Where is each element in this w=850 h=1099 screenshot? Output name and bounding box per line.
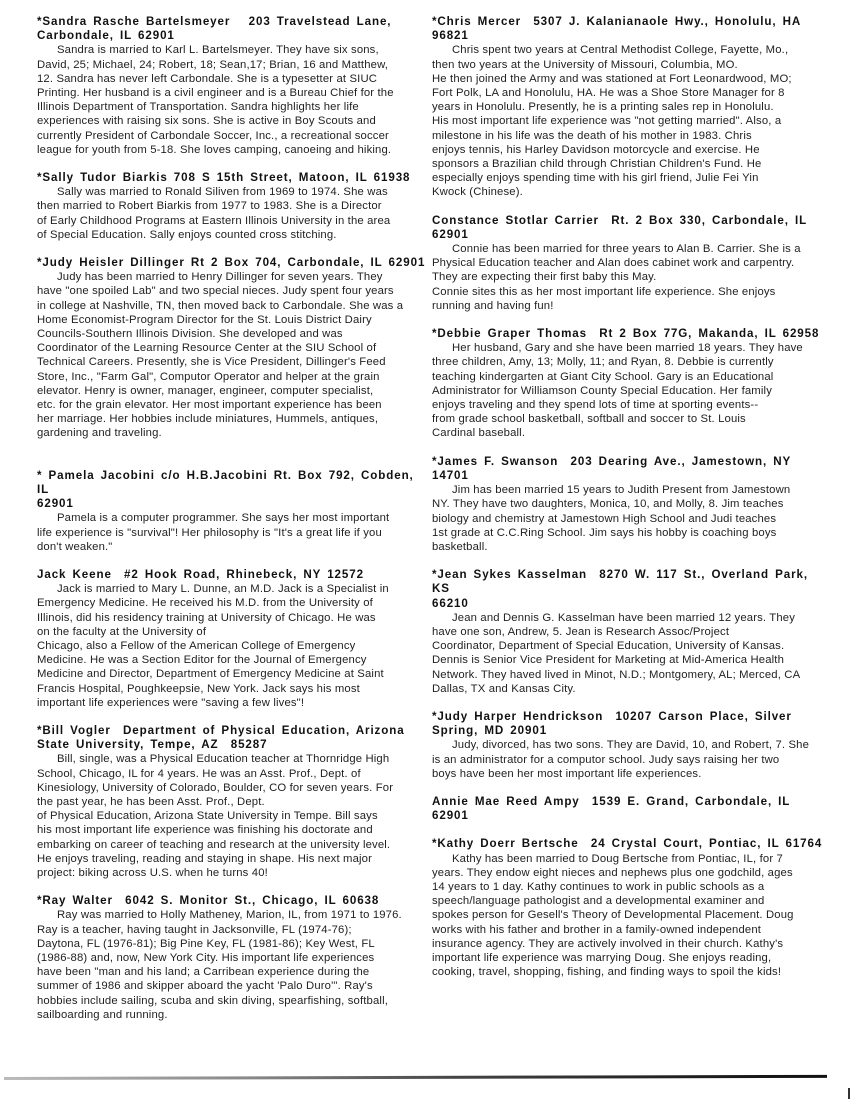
entry-text-line: Councils-Southern Illinois Division. She… [37, 327, 427, 341]
entry-text-line: cooking, travel, shopping, fishing, and … [432, 965, 827, 979]
entry-text-line: have "one spoiled Lab" and two special n… [37, 284, 427, 298]
entry-text-line: sponsors a Brazilian child through Chris… [432, 157, 827, 171]
entry-heading: *Ray Walter 6042 S. Monitor St., Chicago… [37, 894, 427, 908]
entry-text-line: Bill, single, was a Physical Education t… [37, 752, 427, 766]
entry-text-line: currently President of Carbondale Soccer… [37, 129, 427, 143]
alumni-entry: *Ray Walter 6042 S. Monitor St., Chicago… [37, 894, 427, 1022]
entry-text-line: Illinois Department of Transportation. S… [37, 100, 427, 114]
entry-text-line: basketball. [432, 540, 827, 554]
right-column: *Chris Mercer 5307 J. Kalanianaole Hwy.,… [432, 15, 827, 993]
entry-text-line: boys have been her most important life e… [432, 767, 827, 781]
entry-text-line: enjoys tennis, his Harley Davidson motor… [432, 143, 827, 157]
entry-text-line: Connie has been married for three years … [432, 242, 827, 256]
entry-heading: *Sandra Rasche Bartelsmeyer 203 Travelst… [37, 15, 427, 29]
alumni-entry: *Judy Harper Hendrickson 10207 Carson Pl… [432, 710, 827, 781]
entry-text-line: Sally was married to Ronald Siliven from… [37, 185, 427, 199]
entry-text-line: Emergency Medicine. He received his M.D.… [37, 596, 427, 610]
entry-heading: *Debbie Graper Thomas Rt 2 Box 77G, Maka… [432, 327, 827, 341]
entry-heading: 96821 [432, 29, 827, 43]
entry-text-line: spokes person for Gesell's Theory of Dev… [432, 908, 827, 922]
entry-text-line: Connie sites this as her most important … [432, 285, 827, 299]
entry-text-line: gardening and traveling. [37, 426, 427, 440]
entry-text-line: milestone in his life was the death of h… [432, 129, 827, 143]
entry-text-line: running and having fun! [432, 299, 827, 313]
bottom-rule [4, 1075, 827, 1080]
entry-text-line: three children, Amy, 13; Molly, 11; and … [432, 355, 827, 369]
entry-text-line: years. They endow eight nieces and nephe… [432, 866, 827, 880]
entry-text-line: (1986-88) and, now, New York City. His i… [37, 951, 427, 965]
entry-text-line: especially enjoys spending time with his… [432, 171, 827, 185]
entry-text-line: important life experiences were "saving … [37, 696, 427, 710]
entry-text-line: Judy has been married to Henry Dillinger… [37, 270, 427, 284]
entry-heading: *James F. Swanson 203 Dearing Ave., Jame… [432, 455, 827, 483]
entry-heading: *Chris Mercer 5307 J. Kalanianaole Hwy.,… [432, 15, 827, 29]
entry-text-line: hobbies include sailing, scuba and skin … [37, 994, 427, 1008]
entry-text-line: Fort Polk, LA and Honolulu, HA. He was a… [432, 86, 827, 100]
entry-text-line: Ray is a teacher, having taught in Jacks… [37, 923, 427, 937]
entry-text-line: is an administrator for a computor schoo… [432, 753, 827, 767]
entry-text-line: Physical Education teacher and Alan does… [432, 256, 827, 270]
entry-text-line: biology and chemistry at Jamestown High … [432, 512, 827, 526]
entry-text-line: elevator. Henry is owner, manager, engin… [37, 384, 427, 398]
entry-text-line: speech/language pathologist and a develo… [432, 894, 827, 908]
entry-text-line: don't weaken." [37, 540, 427, 554]
entry-text-line: Coordinator, Department of Special Educa… [432, 639, 827, 653]
entry-text-line: Administrator for Williamson County Spec… [432, 384, 827, 398]
entry-text-line: insurance agency. They are actively invo… [432, 937, 827, 951]
entry-text-line: Home Economist-Program Director for the … [37, 313, 427, 327]
alumni-entry: Annie Mae Reed Ampy 1539 E. Grand, Carbo… [432, 795, 827, 823]
entry-heading: Spring, MD 20901 [432, 724, 827, 738]
entry-heading: 66210 [432, 597, 827, 611]
alumni-entry: Jack Keene #2 Hook Road, Rhinebeck, NY 1… [37, 568, 427, 710]
entry-text-line: Medicine and Director, Department of Eme… [37, 667, 427, 681]
entry-text-line: experiences with raising six sons. She i… [37, 114, 427, 128]
entry-text-line: Francis Hospital, Poughkeepsie, New York… [37, 682, 427, 696]
entry-text-line: Printing. Her husband is a civil enginee… [37, 86, 427, 100]
entry-heading: Annie Mae Reed Ampy 1539 E. Grand, Carbo… [432, 795, 827, 823]
entry-heading: *Jean Sykes Kasselman 8270 W. 117 St., O… [432, 568, 827, 596]
entry-text-line: works with his father and brother in a f… [432, 923, 827, 937]
entry-heading: *Judy Heisler Dillinger Rt 2 Box 704, Ca… [37, 256, 427, 270]
entry-text-line: her marriage. Her hobbies include miniat… [37, 412, 427, 426]
entry-text-line: life experience is "survival"! Her philo… [37, 526, 427, 540]
entry-text-line: 12. Sandra has never left Carbondale. Sh… [37, 72, 427, 86]
entry-text-line: Dallas, TX and Kansas City. [432, 682, 827, 696]
entry-text-line: Sandra is married to Karl L. Bartelsmeye… [37, 43, 427, 57]
entry-text-line: Her husband, Gary and she have been marr… [432, 341, 827, 355]
alumni-entry: *Sally Tudor Biarkis 708 S 15th Street, … [37, 171, 427, 242]
entry-text-line: Chicago, also a Fellow of the American C… [37, 639, 427, 653]
alumni-entry: Constance Stotlar Carrier Rt. 2 Box 330,… [432, 214, 827, 313]
entry-text-line: Daytona, FL (1976-81); Big Pine Key, FL … [37, 937, 427, 951]
entry-text-line: league for youth from 5-18. She loves ca… [37, 143, 427, 157]
entry-text-line: Judy, divorced, has two sons. They are D… [432, 738, 827, 752]
entry-text-line: of Physical Education, Arizona State Uni… [37, 809, 427, 823]
entry-text-line: from grade school basketball, softball a… [432, 412, 827, 426]
entry-text-line: Medicine. He was a Section Editor for th… [37, 653, 427, 667]
entry-text-line: Jim has been married 15 years to Judith … [432, 483, 827, 497]
left-column: *Sandra Rasche Bartelsmeyer 203 Travelst… [37, 15, 427, 1036]
entry-heading: State University, Tempe, AZ 85287 [37, 738, 427, 752]
entry-heading: *Sally Tudor Biarkis 708 S 15th Street, … [37, 171, 427, 185]
entry-text-line: sailboarding and running. [37, 1008, 427, 1022]
entry-text-line: Dennis is Senior Vice President for Mark… [432, 653, 827, 667]
entry-text-line: Kathy has been married to Doug Bertsche … [432, 852, 827, 866]
alumni-entry: *Bill Vogler Department of Physical Educ… [37, 724, 427, 880]
entry-text-line: of Special Education. Sally enjoys count… [37, 228, 427, 242]
alumni-entry: *Jean Sykes Kasselman 8270 W. 117 St., O… [432, 568, 827, 696]
entry-text-line: teaching kindergarten at Giant City Scho… [432, 370, 827, 384]
entry-heading: * Pamela Jacobini c/o H.B.Jacobini Rt. B… [37, 469, 427, 497]
entry-heading: Constance Stotlar Carrier Rt. 2 Box 330,… [432, 214, 827, 228]
entry-text-line: His most important life experience was "… [432, 114, 827, 128]
entry-text-line: Jack is married to Mary L. Dunne, an M.D… [37, 582, 427, 596]
entry-text-line: embarking on career of teaching and rese… [37, 838, 427, 852]
entry-text-line: etc. for the grain elevator. Her most im… [37, 398, 427, 412]
entry-text-line: 1st grade at C.C.Ring School. Jim says h… [432, 526, 827, 540]
entry-text-line: his most important life experience was f… [37, 823, 427, 837]
entry-text-line: NY. They have two daughters, Monica, 10,… [432, 497, 827, 511]
entry-text-line: They are expecting their first baby this… [432, 270, 827, 284]
entry-heading: 62901 [432, 228, 827, 242]
entry-text-line: Coordinator of the Learning Resource Cen… [37, 341, 427, 355]
alumni-entry: *Chris Mercer 5307 J. Kalanianaole Hwy.,… [432, 15, 827, 200]
entry-text-line: He then joined the Army and was statione… [432, 72, 827, 86]
entry-text-line: Jean and Dennis G. Kasselman have been m… [432, 611, 827, 625]
entry-text-line: have been "man and his land; a Carribean… [37, 965, 427, 979]
entry-text-line: in college at Nashville, TN, then moved … [37, 299, 427, 313]
entry-text-line: of Early Childhood Programs at Eastern I… [37, 214, 427, 228]
entry-heading: *Judy Harper Hendrickson 10207 Carson Pl… [432, 710, 827, 724]
entry-text-line: He enjoys traveling, reading and staying… [37, 852, 427, 866]
entry-text-line: Kwock (Chinese). [432, 185, 827, 199]
entry-text-line: Illinois, did his residency training at … [37, 611, 427, 625]
entry-heading: Carbondale, IL 62901 [37, 29, 427, 43]
entry-heading: 62901 [37, 497, 427, 511]
entry-text-line: Chris spent two years at Central Methodi… [432, 43, 827, 57]
entry-text-line: School, Chicago, IL for 4 years. He was … [37, 767, 427, 781]
entry-text-line: project: biking across U.S. when he turn… [37, 866, 427, 880]
alumni-entry: *Debbie Graper Thomas Rt 2 Box 77G, Maka… [432, 327, 827, 441]
entry-text-line: enjoys traveling and they spend lots of … [432, 398, 827, 412]
entry-text-line: then two years at the University of Miss… [432, 58, 827, 72]
entry-text-line: summer of 1986 and skipper aboard the ya… [37, 979, 427, 993]
entry-text-line: Network. They haved lived in Minot, N.D.… [432, 668, 827, 682]
entry-text-line: years in Honolulu. Presently, he is a pr… [432, 100, 827, 114]
entry-text-line: Pamela is a computer programmer. She say… [37, 511, 427, 525]
entry-heading: Jack Keene #2 Hook Road, Rhinebeck, NY 1… [37, 568, 427, 582]
entry-text-line: Kinesiology, University of Colorado, Bou… [37, 781, 427, 795]
entry-heading: *Bill Vogler Department of Physical Educ… [37, 724, 427, 738]
entry-text-line: then married to Robert Biarkis from 1977… [37, 199, 427, 213]
alumni-entry: *James F. Swanson 203 Dearing Ave., Jame… [432, 455, 827, 554]
entry-text-line: Ray was married to Holly Matheney, Mario… [37, 908, 427, 922]
entry-text-line: the past year, he has been Asst. Prof., … [37, 795, 427, 809]
entry-text-line: Technical Careers. Presently, she is Vic… [37, 355, 427, 369]
alumni-entry: *Kathy Doerr Bertsche 24 Crystal Court, … [432, 837, 827, 979]
entry-text-line: Cardinal baseball. [432, 426, 827, 440]
alumni-entry: * Pamela Jacobini c/o H.B.Jacobini Rt. B… [37, 469, 427, 554]
entry-text-line: 14 years to 1 day. Kathy continues to wo… [432, 880, 827, 894]
alumni-entry: *Judy Heisler Dillinger Rt 2 Box 704, Ca… [37, 256, 427, 441]
entry-text-line: David, 25; Michael, 24; Robert, 18; Sean… [37, 58, 427, 72]
alumni-entry: *Sandra Rasche Bartelsmeyer 203 Travelst… [37, 15, 427, 157]
entry-text-line: important life experience was marrying D… [432, 951, 827, 965]
entry-heading: *Kathy Doerr Bertsche 24 Crystal Court, … [432, 837, 827, 851]
entry-text-line: have one son, Andrew, 5. Jean is Researc… [432, 625, 827, 639]
entry-text-line: Store, Inc., "Farm Gal", Computor Operat… [37, 370, 427, 384]
entry-text-line: on the faculty at the University of [37, 625, 427, 639]
